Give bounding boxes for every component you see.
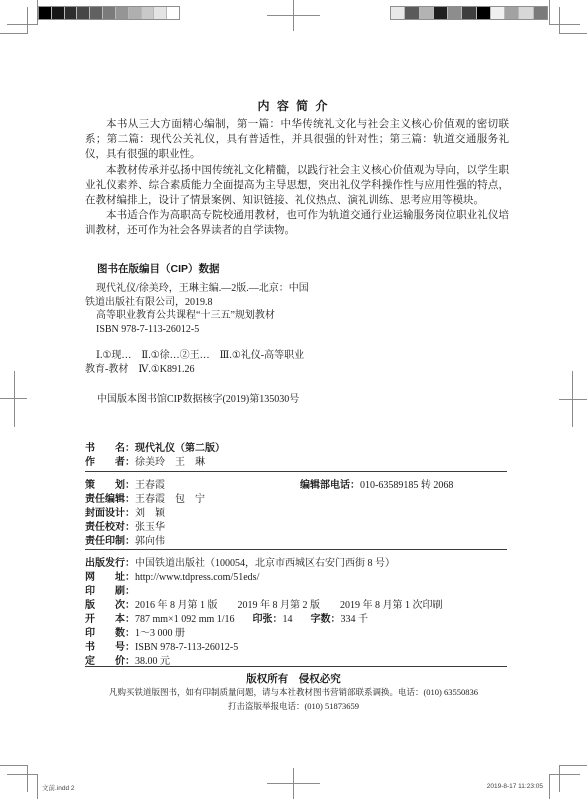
isbn-row: 书 号：ISBN 978-7-113-26012-5: [85, 641, 507, 655]
word-count-value: 334 千: [341, 614, 369, 625]
crop-mark-bottom-left-inner-h: [0, 765, 28, 766]
crop-mark-top-right-inner-v: [559, 7, 560, 34]
print-run-value: 1～3 000 册: [135, 628, 185, 639]
calibration-swatch: [153, 7, 166, 19]
cip-classification-line: Ⅰ.①现… Ⅱ.①徐…②王… Ⅲ.①礼仪-高等职业: [85, 349, 309, 363]
publisher-label: 出版发行：: [85, 558, 135, 569]
calibration-swatch: [64, 7, 77, 19]
divider: [85, 471, 507, 472]
printer-row: 印 刷：: [85, 585, 507, 599]
book-author-value: 徐美玲 王 琳: [135, 457, 205, 468]
website-label: 网 址：: [85, 572, 135, 583]
editor-row: 责任编辑：王春霞 包 宁: [85, 493, 507, 507]
editorial-phone-value: 010-63589185 转 2068: [360, 480, 453, 491]
editor-label: 责任编辑：: [85, 494, 135, 505]
format-row: 开 本：787 mm×1 092 mm 1/16印张：14字数：334 千: [85, 613, 507, 627]
prepress-timestamp: 2019-8-17 11:23:05: [487, 783, 543, 790]
proofreader-row: 责任校对：张玉华: [85, 521, 507, 535]
isbn-value: ISBN 978-7-113-26012-5: [135, 642, 238, 653]
summary-paragraph-3: 本书适合作为高职高专院校通用教材，也可作为轨道交通行业运输服务岗位职业礼仪培训教…: [85, 208, 509, 238]
edition-label: 版 次：: [85, 600, 135, 611]
registration-crosshair-top-h: [267, 15, 320, 16]
registration-crosshair-left-v: [14, 371, 15, 427]
calibration-swatch: [141, 7, 154, 19]
editor-value: 王春霞 包 宁: [135, 494, 205, 505]
cip-line: ISBN 978-7-113-26012-5: [85, 323, 309, 337]
cip-classification-line: 教育-教材 Ⅳ.①K891.26: [85, 363, 309, 377]
printer-label: 印 刷：: [85, 586, 135, 597]
book-author-row: 作 者：徐美玲 王 琳: [85, 456, 507, 470]
crop-mark-bottom-right-outer-v: [549, 774, 550, 799]
grayscale-calibration-bar-right: [390, 6, 548, 20]
calibration-swatch: [461, 7, 475, 19]
crop-mark-top-right-outer-h: [549, 24, 580, 25]
book-copyright-page: 内 容 简 介 本书从三大方面精心编制，第一篇：中华传统礼文化与社会主义核心价值…: [0, 0, 587, 799]
crop-mark-bottom-right-inner-v: [559, 765, 560, 792]
crop-mark-bottom-left-outer-h: [7, 774, 38, 775]
calibration-swatch: [115, 7, 128, 19]
prepress-file-label: 文前.indd 2: [42, 783, 75, 792]
calibration-swatch: [533, 7, 547, 19]
crop-mark-top-left-outer-h: [7, 24, 38, 25]
calibration-swatch: [391, 7, 404, 19]
publisher-value: 中国铁道出版社（100054，北京市西城区右安门西街 8 号）: [135, 558, 395, 569]
calibration-swatch: [128, 7, 141, 19]
content-summary: 本书从三大方面精心编制，第一篇：中华传统礼文化与社会主义核心价值观的密切联系；第…: [85, 117, 509, 239]
calibration-swatch: [51, 7, 64, 19]
crop-mark-top-right-inner-h: [559, 33, 587, 34]
summary-paragraph-2: 本教材传承并弘扬中国传统礼文化精髓，以践行社会主义核心价值观为导向，以学生职业礼…: [85, 163, 509, 209]
copyright-notice: 版权所有 侵权必究: [0, 671, 587, 686]
anti-piracy-note: 打击盗版举报电话：(010) 51873659: [0, 700, 587, 712]
calibration-swatch: [433, 7, 447, 19]
crop-mark-bottom-right-outer-h: [549, 774, 580, 775]
publishing-block: 出版发行：中国铁道出版社（100054，北京市西城区右安门西街 8 号） 网 址…: [85, 557, 507, 669]
planner-row: 策 划：王春霞 编辑部电话：010-63589185 转 2068: [85, 479, 507, 493]
registration-crosshair-left-h: [0, 398, 27, 399]
edition-row: 版 次：2016 年 8 月第 1 版 2019 年 8 月第 2 版 2019…: [85, 599, 507, 613]
sheets-label: 印张：: [253, 614, 283, 625]
book-title-row: 书 名：现代礼仪（第二版）: [85, 442, 507, 456]
cover-design-row: 封面设计：刘 颖: [85, 507, 507, 521]
registration-crosshair-right-h: [559, 399, 587, 400]
editorial-phone-label: 编辑部电话：: [300, 480, 360, 491]
print-run-row: 印 数：1～3 000 册: [85, 627, 507, 641]
calibration-swatch: [39, 7, 51, 19]
cip-record-number: 中国版本图书馆CIP数据核字(2019)第135030号: [97, 390, 299, 405]
crop-mark-top-right-outer-v: [549, 0, 550, 25]
cip-line: 高等职业教育公共课程“十三五”规划教材: [85, 309, 309, 323]
proofreader-value: 张玉华: [135, 522, 165, 533]
divider: [85, 549, 507, 550]
crop-mark-bottom-left-inner-v: [27, 765, 28, 792]
section-title-content-summary: 内 容 简 介: [0, 97, 587, 114]
calibration-swatch: [447, 7, 461, 19]
cover-design-value: 刘 颖: [135, 508, 165, 519]
cip-block: 现代礼仪/徐美玲，王琳主编.—2版.—北京：中国 铁道出版社有限公司，2019.…: [85, 282, 309, 376]
edition-value: 2016 年 8 月第 1 版 2019 年 8 月第 2 版 2019 年 8…: [135, 600, 443, 611]
calibration-swatch: [518, 7, 532, 19]
crop-mark-bottom-left-outer-v: [37, 774, 38, 799]
book-title-value: 现代礼仪（第二版）: [135, 443, 225, 454]
calibration-swatch: [404, 7, 418, 19]
word-count-label: 字数：: [311, 614, 341, 625]
crop-mark-top-left-inner-h: [0, 33, 28, 34]
divider: [85, 666, 507, 667]
website-value: http://www.tdpress.com/51eds/: [135, 572, 259, 583]
summary-paragraph-1: 本书从三大方面精心编制，第一篇：中华传统礼文化与社会主义核心价值观的密切联系；第…: [85, 117, 509, 163]
planner-label: 策 划：: [85, 480, 135, 491]
cip-line: 铁道出版社有限公司，2019.8: [85, 296, 309, 310]
planner-value: 王春霞: [135, 480, 165, 491]
calibration-swatch: [504, 7, 518, 19]
calibration-swatch: [476, 7, 490, 19]
cip-heading: 图书在版编目（CIP）数据: [97, 261, 220, 276]
cip-line: 现代礼仪/徐美玲，王琳主编.—2版.—北京：中国: [85, 282, 309, 296]
calibration-swatch: [166, 7, 179, 19]
crew-block: 策 划：王春霞 编辑部电话：010-63589185 转 2068 责任编辑：王…: [85, 479, 507, 549]
format-value: 787 mm×1 092 mm 1/16: [135, 614, 235, 625]
sheets-value: 14: [283, 614, 293, 625]
isbn-label: 书 号：: [85, 642, 135, 653]
quality-exchange-note: 凡购买铁道版图书，如有印制质量问题，请与本社教材图书营销部联系调换。电话：(01…: [0, 686, 587, 698]
crop-mark-bottom-right-inner-h: [559, 765, 587, 766]
editorial-phone: 编辑部电话：010-63589185 转 2068: [300, 479, 453, 493]
book-head-block: 书 名：现代礼仪（第二版） 作 者：徐美玲 王 琳: [85, 442, 507, 470]
book-author-label: 作 者：: [85, 457, 135, 468]
calibration-swatch: [76, 7, 89, 19]
website-row: 网 址：http://www.tdpress.com/51eds/: [85, 571, 507, 585]
print-supervisor-label: 责任印制：: [85, 536, 135, 547]
registration-crosshair-bottom-h: [267, 783, 320, 784]
format-label: 开 本：: [85, 614, 135, 625]
proofreader-label: 责任校对：: [85, 522, 135, 533]
calibration-swatch: [102, 7, 115, 19]
print-run-label: 印 数：: [85, 628, 135, 639]
print-supervisor-value: 郭向伟: [135, 536, 165, 547]
book-title-label: 书 名：: [85, 443, 135, 454]
grayscale-calibration-bar-left: [38, 6, 180, 20]
cover-design-label: 封面设计：: [85, 508, 135, 519]
print-supervisor-row: 责任印制：郭向伟: [85, 535, 507, 549]
calibration-swatch: [89, 7, 102, 19]
publisher-row: 出版发行：中国铁道出版社（100054，北京市西城区右安门西街 8 号）: [85, 557, 507, 571]
calibration-swatch: [490, 7, 504, 19]
calibration-swatch: [419, 7, 433, 19]
crop-mark-top-left-inner-v: [27, 7, 28, 34]
